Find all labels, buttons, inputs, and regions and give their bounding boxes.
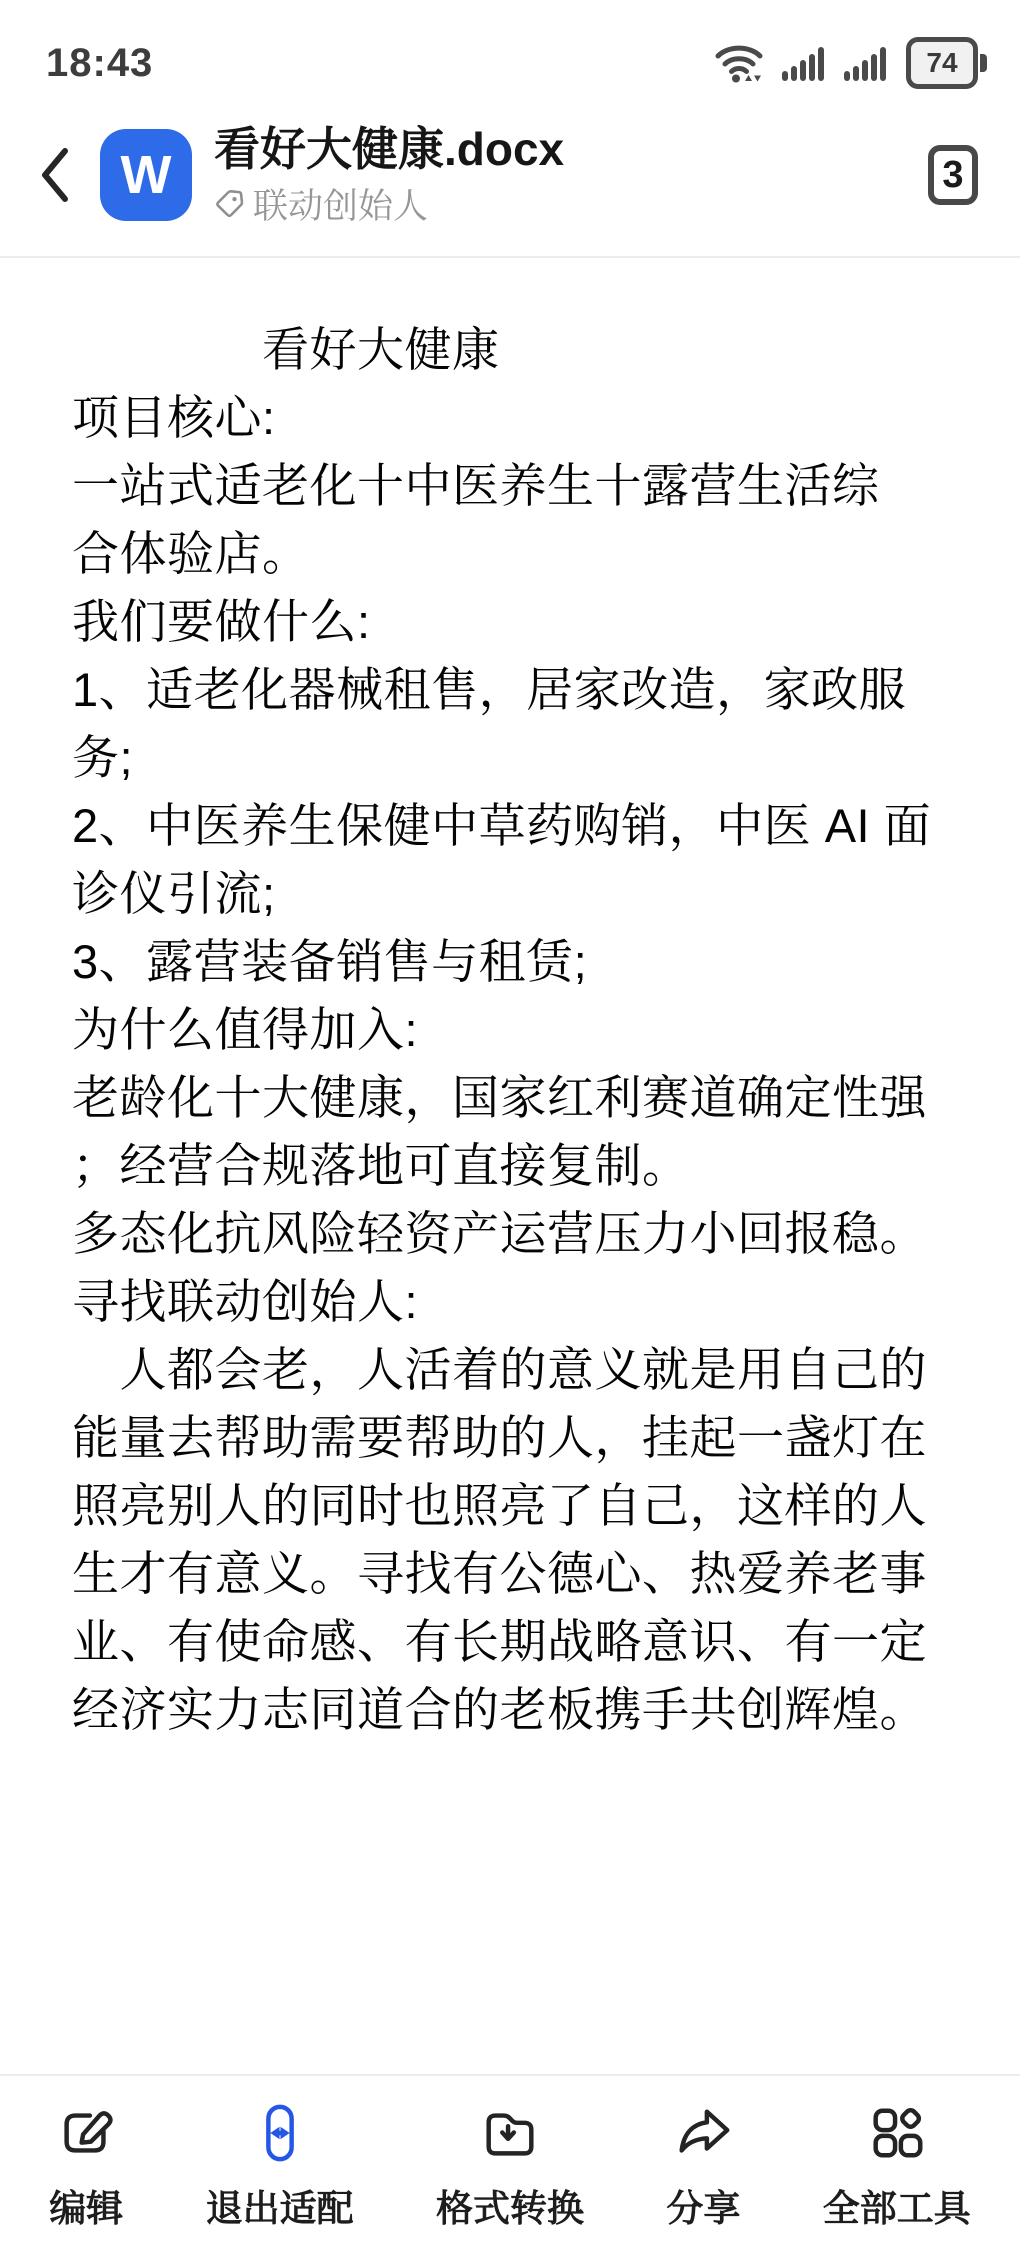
doc-line: 经济实力志同道合的老板携手共创辉煌。 [72,1676,956,1744]
status-bar: 18:43 74 [0,0,1020,100]
word-doc-letter: W [121,144,172,206]
doc-line: 看好大健康 [72,316,956,384]
doc-line: 3、露营装备销售与租赁; [72,928,956,996]
window-count-value: 3 [942,154,963,197]
format-convert-icon [479,2102,541,2164]
back-chevron-icon [37,143,71,207]
doc-line: 1、适老化器械租售，居家改造，家政服务; [72,656,956,792]
doc-line: 我们要做什么: [72,588,956,656]
edit-icon [55,2102,117,2164]
status-icons: 74 [714,37,990,89]
toolbar-exit-fit-button[interactable]: 退出适配 [206,2102,354,2232]
toolbar-edit-button[interactable]: 编辑 [49,2102,123,2232]
doc-header: W 看好大健康.docx 联动创始人 3 [0,100,1020,258]
doc-line: 寻找联动创始人: [72,1268,956,1336]
window-count-button[interactable]: 3 [928,145,978,205]
battery-icon: 74 [906,37,978,89]
bottom-toolbar: 编辑 退出适配 格式转换 分享 全部工具 [0,2074,1020,2250]
file-tag[interactable]: 联动创始人 [214,179,928,229]
toolbar-share-label: 分享 [666,2178,740,2232]
doc-line: 诊仪引流; [72,860,956,928]
battery-percent: 74 [926,47,957,79]
doc-line: 生才有意义。寻找有公德心、热爱养老事 [72,1540,956,1608]
doc-line: 为什么值得加入: [72,996,956,1064]
file-tag-label: 联动创始人 [253,179,428,229]
doc-line: 2、中医养生保健中草药购销，中医 AI 面 [72,792,956,860]
tag-icon [214,188,246,220]
toolbar-share-button[interactable]: 分享 [666,2102,740,2232]
toolbar-exit-fit-label: 退出适配 [206,2178,354,2232]
doc-line: 人都会老，人活着的意义就是用自己的 [72,1336,956,1404]
cellular-signal-icon-sim2 [844,43,890,83]
toolbar-format-convert-label: 格式转换 [436,2178,584,2232]
doc-line: 多态化抗风险轻资产运营压力小回报稳。 [72,1200,956,1268]
doc-line: 能量去帮助需要帮助的人，挂起一盏灯在 [72,1404,956,1472]
document-page[interactable]: 看好大健康 项目核心: 一站式适老化十中医养生十露营生活综 合体验店。 我们要做… [0,258,1020,1744]
doc-line: ；经营合规落地可直接复制。 [72,1132,956,1200]
title-block: 看好大健康.docx 联动创始人 [214,121,928,229]
doc-line: 一站式适老化十中医养生十露营生活综 [72,452,956,520]
cellular-signal-icon-sim1 [782,43,828,83]
status-time: 18:43 [46,41,153,86]
word-doc-icon: W [100,129,192,221]
doc-line: 合体验店。 [72,520,956,588]
doc-line: 老龄化十大健康，国家红利赛道确定性强 [72,1064,956,1132]
doc-line: 照亮别人的同时也照亮了自己，这样的人 [72,1472,956,1540]
toolbar-all-tools-button[interactable]: 全部工具 [823,2102,971,2232]
toolbar-edit-label: 编辑 [49,2178,123,2232]
all-tools-icon [866,2102,928,2164]
file-title: 看好大健康.docx [214,121,928,177]
fit-width-icon [249,2102,311,2164]
toolbar-format-convert-button[interactable]: 格式转换 [436,2102,584,2232]
toolbar-all-tools-label: 全部工具 [823,2178,971,2232]
doc-line: 项目核心: [72,384,956,452]
back-button[interactable] [24,135,84,215]
wifi-icon [714,40,766,86]
doc-line: 业、有使命感、有长期战略意识、有一定 [72,1608,956,1676]
share-icon [672,2102,734,2164]
